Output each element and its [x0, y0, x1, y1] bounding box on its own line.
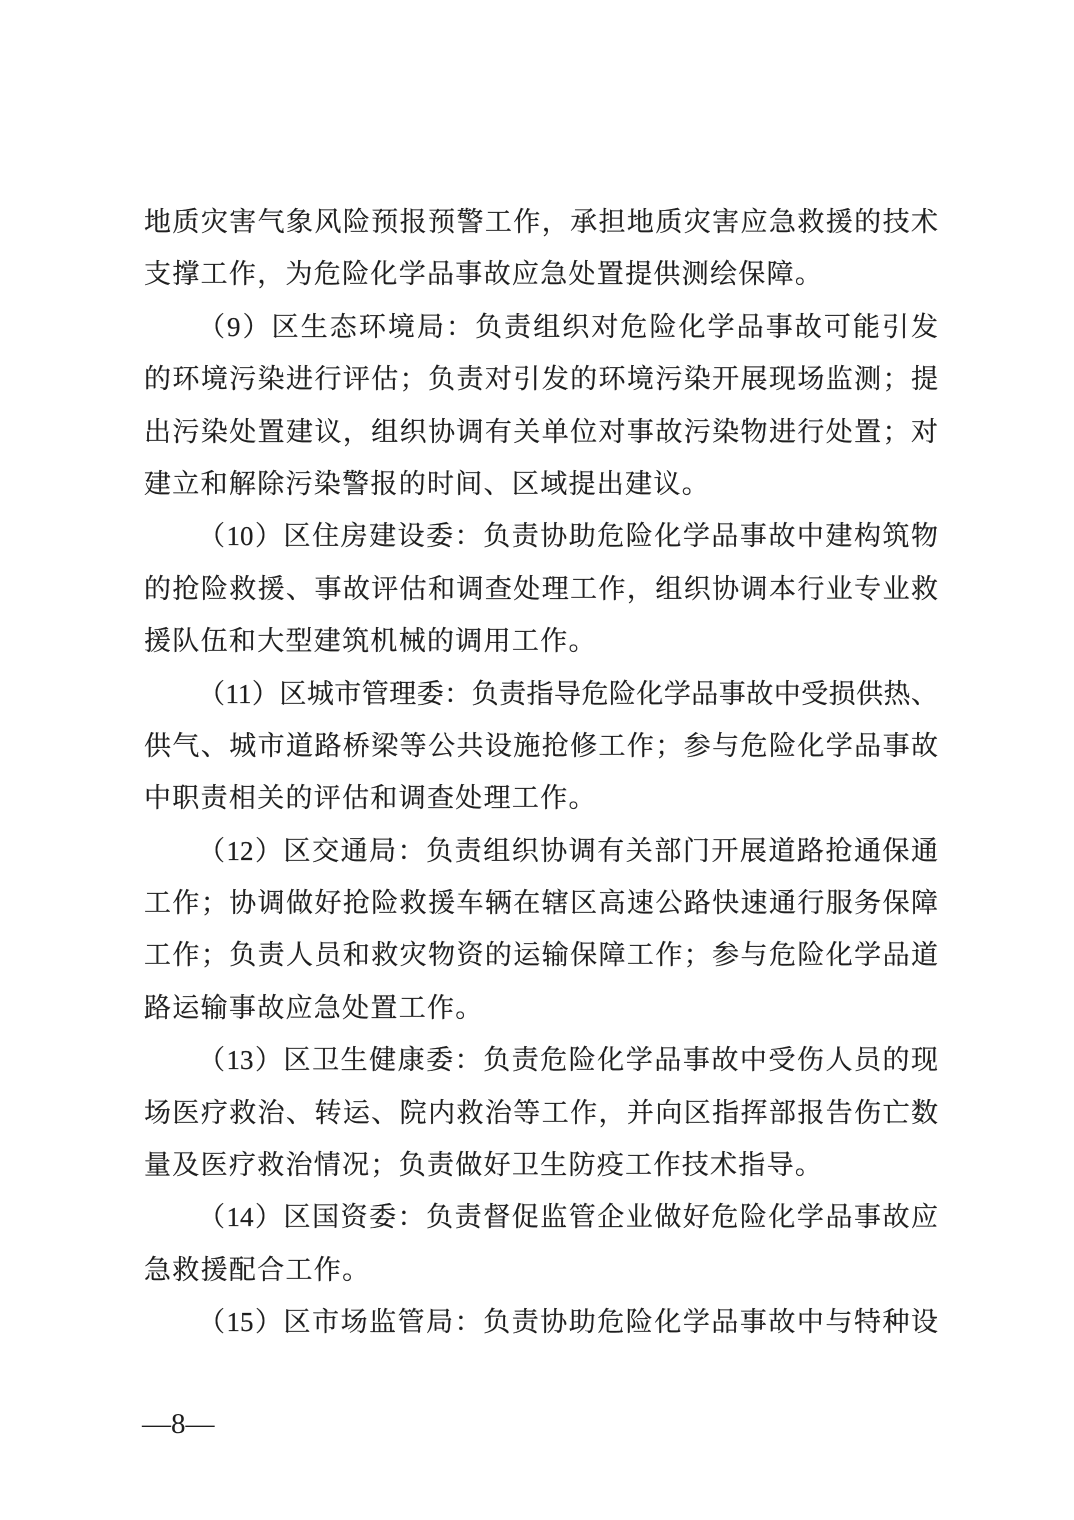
text-line: （11）区城市管理委：负责指导危险化学品事故中受损供热、 [144, 668, 938, 720]
text-line: 支撑工作，为危险化学品事故应急处置提供测绘保障。 [144, 248, 938, 300]
text-line: 路运输事故应急处置工作。 [144, 982, 938, 1034]
text-line: 供气、城市道路桥梁等公共设施抢修工作；参与危险化学品事故 [144, 720, 938, 772]
text-line: （10）区住房建设委：负责协助危险化学品事故中建构筑物 [144, 510, 938, 562]
text-line: （12）区交通局：负责组织协调有关部门开展道路抢通保通 [144, 825, 938, 877]
page-number: —8— [142, 1404, 215, 1444]
text-line: 急救援配合工作。 [144, 1244, 938, 1296]
text-line: （15）区市场监管局：负责协助危险化学品事故中与特种设 [144, 1296, 938, 1348]
document-page: 地质灾害气象风险预报预警工作，承担地质灾害应急救援的技术支撑工作，为危险化学品事… [0, 0, 1074, 1520]
text-line: 地质灾害气象风险预报预警工作，承担地质灾害应急救援的技术 [144, 196, 938, 248]
text-line: 中职责相关的评估和调查处理工作。 [144, 772, 938, 824]
text-line: （14）区国资委：负责督促监管企业做好危险化学品事故应 [144, 1191, 938, 1243]
text-line: 场医疗救治、转运、院内救治等工作，并向区指挥部报告伤亡数 [144, 1087, 938, 1139]
scanned-document-page: { "colors": { "text": "#1e1e1e", "backgr… [0, 0, 1074, 1520]
text-line: 建立和解除污染警报的时间、区域提出建议。 [144, 458, 938, 510]
text-line: 援队伍和大型建筑机械的调用工作。 [144, 615, 938, 667]
text-line: 的环境污染进行评估；负责对引发的环境污染开展现场监测；提 [144, 353, 938, 405]
text-line: 工作；协调做好抢险救援车辆在辖区高速公路快速通行服务保障 [144, 877, 938, 929]
text-line: 量及医疗救治情况；负责做好卫生防疫工作技术指导。 [144, 1139, 938, 1191]
text-line: （9）区生态环境局：负责组织对危险化学品事故可能引发 [144, 301, 938, 353]
document-body: 地质灾害气象风险预报预警工作，承担地质灾害应急救援的技术支撑工作，为危险化学品事… [144, 196, 938, 1349]
text-line: 工作；负责人员和救灾物资的运输保障工作；参与危险化学品道 [144, 929, 938, 981]
text-line: （13）区卫生健康委：负责危险化学品事故中受伤人员的现 [144, 1034, 938, 1086]
text-line: 的抢险救援、事故评估和调查处理工作，组织协调本行业专业救 [144, 563, 938, 615]
text-line: 出污染处置建议，组织协调有关单位对事故污染物进行处置；对 [144, 406, 938, 458]
